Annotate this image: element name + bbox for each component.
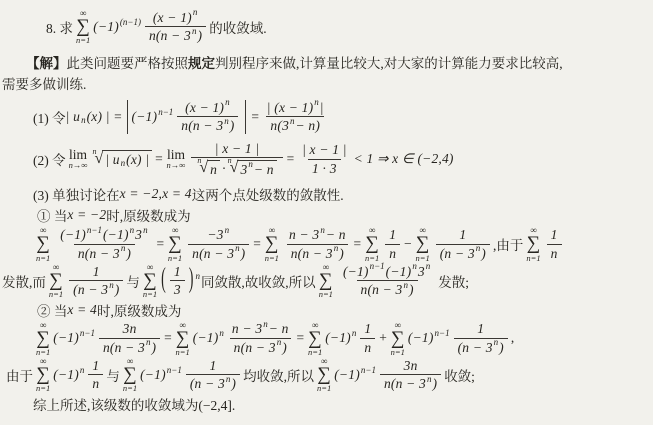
math-run: 1 — [92, 358, 99, 374]
superscript: n — [224, 116, 229, 126]
math-run: ) — [152, 340, 157, 356]
math-run: (x) | — [126, 152, 149, 168]
fraction: 1(n − 3n) — [69, 264, 123, 298]
text-run: ,由于 — [493, 234, 523, 254]
fraction-denominator: n(3n − n) — [266, 116, 324, 134]
fraction: 1(n − 3n) — [454, 321, 508, 355]
sigma-glyph: ∑ — [319, 272, 333, 290]
math-run: = — [250, 109, 259, 125]
fraction-denominator: (n − 3n) — [436, 244, 490, 262]
case-1-series-line: ∞∑n=1(−1)n−1(−1)n3nn(n − 3n) = ∞∑n=1−3nn… — [0, 226, 649, 262]
math-run: n(n − 3 — [384, 376, 426, 392]
paren-left: ( — [160, 265, 167, 297]
fraction-denominator: n(n − 3n) — [74, 244, 135, 262]
text-run: (3) 单独讨论在 — [33, 184, 120, 204]
text-run: 均收敛,所以 — [243, 365, 314, 385]
text-run: 与 — [106, 365, 120, 385]
fraction: | (x − 1)n |n(3n − n) — [263, 100, 328, 134]
nth-root: n√n — [197, 159, 220, 177]
sigma-glyph: ∑ — [143, 272, 157, 290]
fraction-numerator: | (x − 1)n | — [263, 100, 328, 117]
math-run: (−1) — [93, 19, 119, 35]
text-run: 综上所述,该级数的收敛域为(−2,4]. — [33, 394, 235, 414]
fraction-denominator: n — [88, 374, 103, 392]
absolute-value: (−1)n−1(x − 1)nn(n − 3n) — [123, 100, 251, 134]
math-run: x = 4 — [67, 302, 97, 318]
superscript: n — [146, 337, 151, 347]
sigma-glyph: ∑ — [416, 235, 430, 253]
fraction: (−1)n−1(−1)n3nn(n − 3n) — [339, 264, 435, 298]
fraction-denominator: (n − 3n) — [69, 280, 123, 298]
math-run: (x − 1) — [153, 10, 192, 26]
math-run: | — [320, 100, 324, 116]
sigma-glyph: ∑ — [36, 366, 50, 384]
superscript: n — [320, 225, 325, 235]
fraction-denominator: 1 · 3 — [308, 159, 341, 177]
sum-lower-limit: n=1 — [168, 254, 182, 263]
math-run: 1 — [210, 358, 217, 374]
nth-root: n√| un(x) | — [92, 150, 152, 168]
math-run: 1 — [551, 227, 558, 243]
text-run: 由于 — [6, 365, 33, 385]
math-run: (n − 3 — [190, 376, 225, 392]
math-run: (n − 3 — [73, 282, 108, 298]
radicand: 3n − n — [237, 160, 276, 178]
sum-lower-limit: n=1 — [143, 290, 157, 299]
summation-symbol: ∞∑n=1 — [391, 321, 405, 357]
superscript: n — [226, 374, 231, 384]
math-run: (−1) — [103, 227, 129, 243]
text-run-bold: 规定 — [188, 52, 215, 72]
sigma-glyph: ∑ — [76, 18, 90, 36]
text-run: 这两个点处级数的敛散性. — [192, 184, 344, 204]
sigma-glyph: ∑ — [265, 235, 279, 253]
math-run: | (x − 1) — [267, 100, 313, 116]
sum-lower-limit: n=1 — [526, 254, 540, 263]
sigma-glyph: ∑ — [317, 366, 331, 384]
math-run: ) — [282, 340, 287, 356]
superscript: n — [334, 243, 339, 253]
math-run: = — [163, 330, 172, 346]
math-run: ) — [241, 246, 246, 262]
sum-lower-limit: n=1 — [265, 254, 279, 263]
math-run: n — [389, 246, 396, 262]
text-run: 同敛散,故收敛,所以 — [201, 271, 316, 291]
math-run: ) — [432, 376, 437, 392]
text-run: ② 当 — [37, 300, 67, 320]
superscript: n−1 — [370, 261, 385, 271]
subscript: n — [81, 115, 86, 125]
fraction: | x − 1 |n√n · n√3n − n — [191, 141, 282, 178]
fraction: −3nn(n − 3n) — [188, 227, 249, 261]
math-run: 1 — [459, 227, 466, 243]
math-run: 1 — [389, 227, 396, 243]
sum-lower-limit: n=1 — [317, 384, 331, 393]
case-2-header: ② 当 x = 4 时,原级数成为 — [0, 300, 649, 320]
math-run: n — [92, 376, 99, 392]
fraction-denominator: n — [360, 338, 375, 356]
sum-lower-limit: n=1 — [36, 348, 50, 357]
fraction-denominator: n(n − 3n) — [357, 280, 418, 298]
sum-lower-limit: n=1 — [319, 290, 333, 299]
fraction-numerator: 1 — [170, 264, 185, 281]
math-run: < 1 ⇒ x ∈ (−2,4) — [354, 151, 454, 167]
math-run: (−1) — [132, 109, 158, 125]
math-run: 3n — [404, 358, 418, 374]
math-run: n − 3 — [289, 227, 319, 243]
math-run: x = −2,x = 4 — [120, 186, 192, 202]
summation-symbol: ∞∑n=1 — [143, 263, 157, 299]
math-run: ) — [409, 282, 414, 298]
math-run: | x − 1 | — [302, 142, 347, 158]
limit-subscript: n→∞ — [69, 161, 88, 170]
step-2-line: (2) 令limn→∞n√| un(x) | = limn→∞| x − 1 |… — [0, 141, 649, 178]
sum-lower-limit: n=1 — [391, 348, 405, 357]
fraction-numerator: 1 — [88, 358, 103, 375]
step-3-line: (3) 单独讨论在 x = −2,x = 4 这两个点处级数的敛散性. — [0, 184, 649, 204]
summation-symbol: ∞∑n=1 — [319, 263, 333, 299]
summation-symbol: ∞∑n=1 — [76, 9, 90, 45]
fraction: 1n — [88, 358, 103, 392]
fraction: 1(n − 3n) — [186, 358, 240, 392]
text-run-bold: 【解】 — [26, 52, 67, 72]
fraction: (x − 1)nn(n − 3n) — [177, 100, 238, 134]
math-run: (−1) — [53, 367, 79, 383]
summation-symbol: ∞∑n=1 — [49, 263, 63, 299]
math-run: n(3 — [270, 118, 289, 134]
superscript: n−1 — [158, 107, 173, 117]
math-run: (−1) — [386, 264, 412, 280]
sigma-glyph: ∑ — [176, 330, 190, 348]
case-2-series-line: ∞∑n=1(−1)n−13nn(n − 3n) = ∞∑n=1(−1)nn − … — [0, 321, 649, 357]
math-run: n(n − 3 — [149, 28, 191, 44]
superscript: n — [225, 225, 230, 235]
fraction-numerator: (x − 1)n — [181, 100, 235, 117]
superscript: (n−1) — [120, 17, 141, 27]
fraction: 1n — [547, 227, 562, 261]
subscript: n — [121, 158, 126, 168]
math-run: n(n − 3 — [103, 340, 145, 356]
math-run: ) — [198, 28, 203, 44]
math-run: ) — [231, 376, 236, 392]
fraction-numerator: 3n — [400, 358, 422, 375]
math-run: = — [252, 236, 261, 252]
summation-symbol: ∞∑n=1 — [36, 357, 50, 393]
math-run: n(n − 3 — [234, 340, 276, 356]
summation-symbol: ∞∑n=1 — [36, 226, 50, 262]
math-run: | u — [105, 152, 119, 168]
text-run: 8. 求 — [46, 17, 73, 37]
text-run: 需要多做训练. — [2, 73, 86, 93]
math-run: = — [286, 151, 295, 167]
fraction-denominator: 3 — [170, 280, 185, 298]
math-run: n(n − 3 — [361, 282, 403, 298]
summation-symbol: ∞∑n=1 — [168, 226, 182, 262]
math-run: (−1) — [193, 330, 219, 346]
math-run: n(n − 3 — [192, 246, 234, 262]
fraction-numerator: (−1)n−1(−1)n3n — [339, 264, 435, 281]
superscript: n — [130, 225, 135, 235]
fraction-numerator: 1 — [89, 264, 104, 281]
abs-content: (−1)n−1(x − 1)nn(n − 3n) — [132, 100, 242, 134]
fraction: 1n — [385, 227, 400, 261]
math-run: = — [296, 330, 305, 346]
fraction-denominator: (n − 3n) — [186, 374, 240, 392]
math-run: − n) — [296, 118, 321, 134]
math-run: (n − 3 — [458, 340, 493, 356]
math-run: (−1) — [408, 330, 434, 346]
radicand: | un(x) | — [102, 150, 152, 168]
sigma-glyph: ∑ — [36, 330, 50, 348]
summation-symbol: ∞∑n=1 — [317, 357, 331, 393]
fraction-denominator: n(n − 3n) — [177, 116, 238, 134]
summation-symbol: ∞∑n=1 — [526, 226, 540, 262]
sigma-glyph: ∑ — [123, 366, 137, 384]
math-run: −3 — [207, 227, 223, 243]
math-run: = — [156, 236, 165, 252]
math-run: (−1) — [53, 330, 79, 346]
math-run: n(n − 3 — [181, 118, 223, 134]
fraction-denominator: n(n − 3n) — [145, 26, 206, 44]
math-run: 3 — [174, 282, 181, 298]
fraction-denominator: n(n − 3n) — [230, 338, 291, 356]
superscript: n — [494, 337, 499, 347]
superscript: n — [80, 365, 85, 375]
fraction: (−1)n−1(−1)n3nn(n − 3n) — [56, 227, 152, 261]
text-run: 发散,而 — [2, 271, 46, 291]
math-run: 1 — [93, 264, 100, 280]
step-1-line: (1) 令 | un(x) | = (−1)n−1(x − 1)nn(n − 3… — [0, 100, 649, 134]
text-run: 时,原级数成为 — [106, 205, 190, 225]
math-run: n — [364, 340, 371, 356]
math-run: 3 — [418, 264, 425, 280]
sigma-glyph: ∑ — [365, 235, 379, 253]
math-run: | x − 1 | — [215, 141, 260, 157]
fraction-numerator: | x − 1 | — [211, 141, 264, 158]
superscript: n — [193, 7, 198, 17]
radicand: n — [207, 160, 220, 178]
fraction: 1(n − 3n) — [436, 227, 490, 261]
sum-lower-limit: n=1 — [36, 384, 50, 393]
sum-lower-limit: n=1 — [49, 290, 63, 299]
math-run: = — [353, 236, 362, 252]
abs-bar-right — [245, 100, 246, 134]
text-run: 的收敛域. — [209, 17, 266, 37]
sigma-glyph: ∑ — [527, 235, 541, 253]
fraction-denominator: (n − 3n) — [454, 338, 508, 356]
sum-lower-limit: n=1 — [123, 384, 137, 393]
case-2-conclusion-line: 由于∞∑n=1(−1)n1n 与∞∑n=1(−1)n−11(n − 3n) 均收… — [0, 357, 649, 393]
math-run: (−1) — [140, 367, 166, 383]
math-run: 1 — [477, 321, 484, 337]
nth-root: n√3n − n — [228, 159, 277, 177]
math-run: n − 3 — [232, 321, 262, 337]
summation-symbol: ∞∑n=1 — [265, 226, 279, 262]
fraction-numerator: 1 — [385, 227, 400, 244]
superscript: n — [192, 26, 197, 36]
math-run: − — [403, 236, 412, 252]
problem-statement: 8. 求∞∑n=1(−1)(n−1)(x − 1)nn(n − 3n) 的收敛域… — [0, 9, 649, 45]
math-run: (−1) — [343, 264, 369, 280]
math-run: n — [551, 246, 558, 262]
superscript: n — [143, 225, 148, 235]
fraction-numerator: (x − 1)n — [149, 10, 203, 27]
superscript: n−1 — [435, 328, 450, 338]
math-run: ) — [339, 246, 344, 262]
math-run: ) — [126, 246, 131, 262]
fraction: n − 3n − nn(n − 3n) — [228, 321, 293, 355]
math-run: (n − 3 — [440, 246, 475, 262]
math-run: | u — [66, 109, 80, 125]
text-run: , — [511, 330, 514, 346]
fraction-numerator: 1 — [547, 227, 562, 244]
fraction-denominator: n√n · n√3n − n — [191, 157, 282, 177]
math-run: (−1) — [334, 367, 360, 383]
solution-intro-line-1: 【解】此类问题要严格按照规定判别程序来做,计算量比较大,对大家的计算能力要求比较… — [0, 52, 649, 72]
math-run: 1 — [174, 264, 181, 280]
sigma-glyph: ∑ — [391, 330, 405, 348]
fraction-numerator: 1 — [206, 358, 221, 375]
summation-symbol: ∞∑n=1 — [36, 321, 50, 357]
math-run: n(n − 3 — [291, 246, 333, 262]
summation-symbol: ∞∑n=1 — [123, 357, 137, 393]
math-run: 1 — [364, 321, 371, 337]
math-run: x = −2 — [67, 207, 106, 223]
superscript: n — [426, 261, 431, 271]
fraction-numerator: 1 — [455, 227, 470, 244]
math-run: 3 — [240, 162, 247, 178]
document-page: 8. 求∞∑n=1(−1)(n−1)(x − 1)nn(n − 3n) 的收敛域… — [0, 0, 653, 425]
sum-lower-limit: n=1 — [76, 36, 90, 45]
fraction-numerator: | x − 1 | — [298, 142, 351, 159]
math-run: − n — [269, 321, 289, 337]
sigma-glyph: ∑ — [168, 235, 182, 253]
superscript: n — [290, 116, 295, 126]
fraction-numerator: (−1)n−1(−1)n3n — [56, 227, 152, 244]
fraction-numerator: 3n — [119, 321, 141, 338]
math-run: (x) | = — [87, 109, 123, 125]
fraction-denominator: n — [547, 244, 562, 262]
case-1-conclusion-line: 发散,而∞∑n=11(n − 3n) 与∞∑n=1(13)n 同敛散,故收敛,所… — [0, 263, 649, 299]
sum-lower-limit: n=1 — [36, 254, 50, 263]
math-run: n(n − 3 — [78, 246, 120, 262]
final-conclusion: 综上所述,该级数的收敛域为(−2,4]. — [0, 394, 649, 414]
text-run: 时,原级数成为 — [97, 300, 181, 320]
fraction-numerator: n − 3n − n — [285, 227, 350, 244]
superscript: n — [314, 97, 319, 107]
fraction-numerator: 1 — [360, 321, 375, 338]
summation-symbol: ∞∑n=1 — [365, 226, 379, 262]
paren-right: ) — [188, 265, 195, 297]
math-run: 3 — [135, 227, 142, 243]
fraction-denominator: n(n − 3n) — [99, 338, 160, 356]
text-run: 此类问题要严格按照 — [67, 52, 189, 72]
limit-subscript: n→∞ — [167, 161, 186, 170]
summation-symbol: ∞∑n=1 — [176, 321, 190, 357]
superscript: n — [352, 328, 357, 338]
superscript: n — [263, 319, 268, 329]
math-run: ) — [499, 340, 504, 356]
fraction-denominator: n — [385, 244, 400, 262]
case-1-header: ① 当 x = −2 时,原级数成为 — [0, 205, 649, 225]
superscript: n — [248, 159, 253, 169]
fraction: 3nn(n − 3n) — [99, 321, 160, 355]
superscript: n — [235, 243, 240, 253]
parenthesized-expression: (13) — [160, 264, 194, 298]
fraction-numerator: 1 — [473, 321, 488, 338]
math-run: n — [210, 162, 217, 178]
math-run: ) — [481, 246, 486, 262]
superscript: n — [109, 280, 114, 290]
math-run: (x − 1) — [185, 100, 224, 116]
math-run: + — [378, 330, 387, 346]
math-run: (−1) — [60, 227, 86, 243]
sigma-glyph: ∑ — [36, 235, 50, 253]
sigma-glyph: ∑ — [308, 330, 322, 348]
superscript: n — [412, 261, 417, 271]
superscript: n−1 — [361, 365, 376, 375]
solution-intro-line-2: 需要多做训练. — [0, 73, 649, 93]
fraction-numerator: −3n — [203, 227, 234, 244]
superscript: n−1 — [87, 225, 102, 235]
text-run: 发散; — [438, 271, 469, 291]
math-run: − n — [326, 227, 346, 243]
sigma-glyph: ∑ — [49, 272, 63, 290]
abs-bar-left — [127, 100, 128, 134]
math-run: ) — [115, 282, 120, 298]
fraction: | x − 1 |1 · 3 — [298, 142, 351, 176]
superscript: n — [404, 280, 409, 290]
fraction: n − 3n − nn(n − 3n) — [285, 227, 350, 261]
fraction: 13 — [170, 264, 185, 298]
fraction-denominator: n(n − 3n) — [287, 244, 348, 262]
math-run: 1 · 3 — [312, 161, 337, 177]
fraction-denominator: n(n − 3n) — [188, 244, 249, 262]
math-run: ) — [230, 118, 235, 134]
math-run: (−1) — [325, 330, 351, 346]
superscript: n — [277, 337, 282, 347]
summation-symbol: ∞∑n=1 — [308, 321, 322, 357]
superscript: n — [195, 271, 200, 281]
superscript: n — [427, 374, 432, 384]
paren-content: 13 — [167, 264, 188, 298]
superscript: n — [225, 97, 230, 107]
fraction: 1n — [360, 321, 375, 355]
superscript: n−1 — [80, 328, 95, 338]
superscript: n−1 — [167, 365, 182, 375]
text-run: 收敛; — [444, 365, 475, 385]
text-run: (1) 令 — [33, 107, 66, 127]
text-run: (2) 令 — [33, 149, 66, 169]
text-run: 与 — [126, 271, 140, 291]
superscript: n — [476, 243, 481, 253]
superscript: n — [219, 328, 224, 338]
text-run: 判别程序来做,计算量比较大,对大家的计算能力要求比较高, — [215, 52, 563, 72]
text-run: ① 当 — [37, 205, 67, 225]
summation-symbol: ∞∑n=1 — [415, 226, 429, 262]
math-run: · — [222, 161, 226, 177]
fraction-denominator: n(n − 3n) — [380, 374, 441, 392]
fraction-numerator: n − 3n − n — [228, 321, 293, 338]
math-run: − n — [254, 162, 274, 178]
limit-operator: limn→∞ — [69, 148, 88, 170]
fraction: (x − 1)nn(n − 3n) — [145, 10, 206, 44]
math-run: = — [154, 151, 163, 167]
math-run: 3n — [123, 321, 137, 337]
limit-operator: limn→∞ — [167, 148, 186, 170]
fraction: 3nn(n − 3n) — [380, 358, 441, 392]
sum-lower-limit: n=1 — [176, 348, 190, 357]
